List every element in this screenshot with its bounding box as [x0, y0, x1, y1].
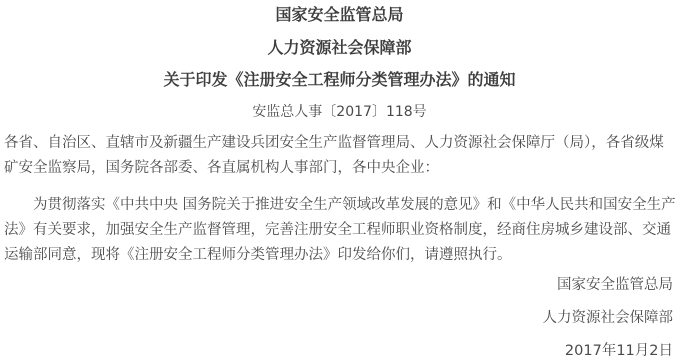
- signature-org-line1: 国家安全监管总局: [557, 276, 673, 294]
- signature-org-line2: 人力资源社会保障部: [543, 309, 674, 327]
- issuing-agency-line1: 国家安全监管总局: [0, 6, 679, 24]
- notice-document: 国家安全监管总局 人力资源社会保障部 关于印发《注册安全工程师分类管理办法》的通…: [0, 0, 679, 364]
- recipients-paragraph: 各省、自治区、直辖市及新疆生产建设兵团安全生产监督管理局、人力资源社会保障厅（局…: [4, 131, 677, 181]
- issuing-agency-line2: 人力资源社会保障部: [0, 39, 679, 57]
- notice-title: 关于印发《注册安全工程师分类管理办法》的通知: [0, 71, 679, 89]
- signature-date: 2017年11月2日: [565, 342, 673, 360]
- document-number: 安监总人事〔2017〕118号: [0, 103, 679, 121]
- main-paragraph: 为贯彻落实《中共中央 国务院关于推进安全生产领域改革发展的意见》和《中华人民共和…: [4, 193, 677, 268]
